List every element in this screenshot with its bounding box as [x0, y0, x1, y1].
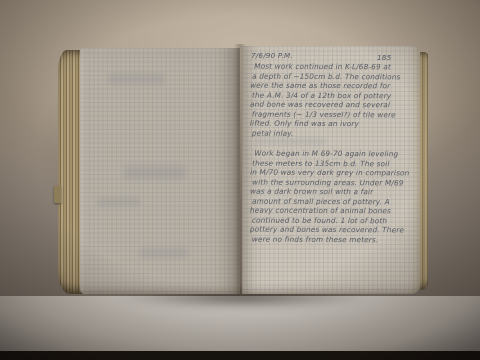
entry-date: 7/6/90 P.M.	[251, 51, 293, 60]
entry-paragraph-2: Work began in M 69-70 again leveling the…	[250, 149, 410, 245]
handwritten-line: heavy concentration of animal bones	[250, 206, 409, 216]
page-number: 185	[377, 53, 391, 62]
ink-bleed-smudge	[124, 166, 186, 179]
table-edge-shadow	[0, 351, 480, 360]
ink-bleed-smudge	[256, 138, 326, 145]
handwritten-line: pottery and bones was recovered. There	[250, 225, 409, 235]
handwritten-line: were no finds from these meters.	[252, 234, 409, 244]
right-written-page: 7/6/90 P.M. 185 Most work continued in K…	[242, 46, 420, 294]
handwritten-line: Most work continued in K-L/68-69 at	[254, 62, 400, 72]
handwritten-line: was a dark brown soil with a fair	[250, 187, 409, 197]
ink-bleed-smudge	[140, 248, 188, 257]
open-notebook: 7/6/90 P.M. 185 Most work continued in K…	[58, 44, 428, 298]
handwritten-line: in M/70 was very dark grey in comparison	[250, 168, 409, 178]
left-page-edges	[58, 50, 82, 294]
left-blank-page	[80, 48, 240, 294]
handwritten-line: Work began in M 69-70 again leveling	[254, 149, 409, 159]
photo-scene: 7/6/90 P.M. 185 Most work continued in K…	[0, 0, 480, 360]
ink-bleed-smudge	[108, 74, 164, 84]
handwritten-line: lifted. Only find was an ivory	[250, 119, 400, 129]
bookmark-tab	[54, 186, 61, 203]
handwritten-line: were the same as those recorded for	[250, 81, 400, 91]
ink-bleed-smudge	[98, 198, 140, 206]
entry-paragraph-1: Most work continued in K-L/68-69 at a de…	[250, 62, 401, 139]
handwritten-line: and bone was recovered and several	[250, 100, 400, 110]
handwritten-line: petal inlay.	[252, 128, 400, 138]
right-page-edges	[420, 52, 428, 290]
